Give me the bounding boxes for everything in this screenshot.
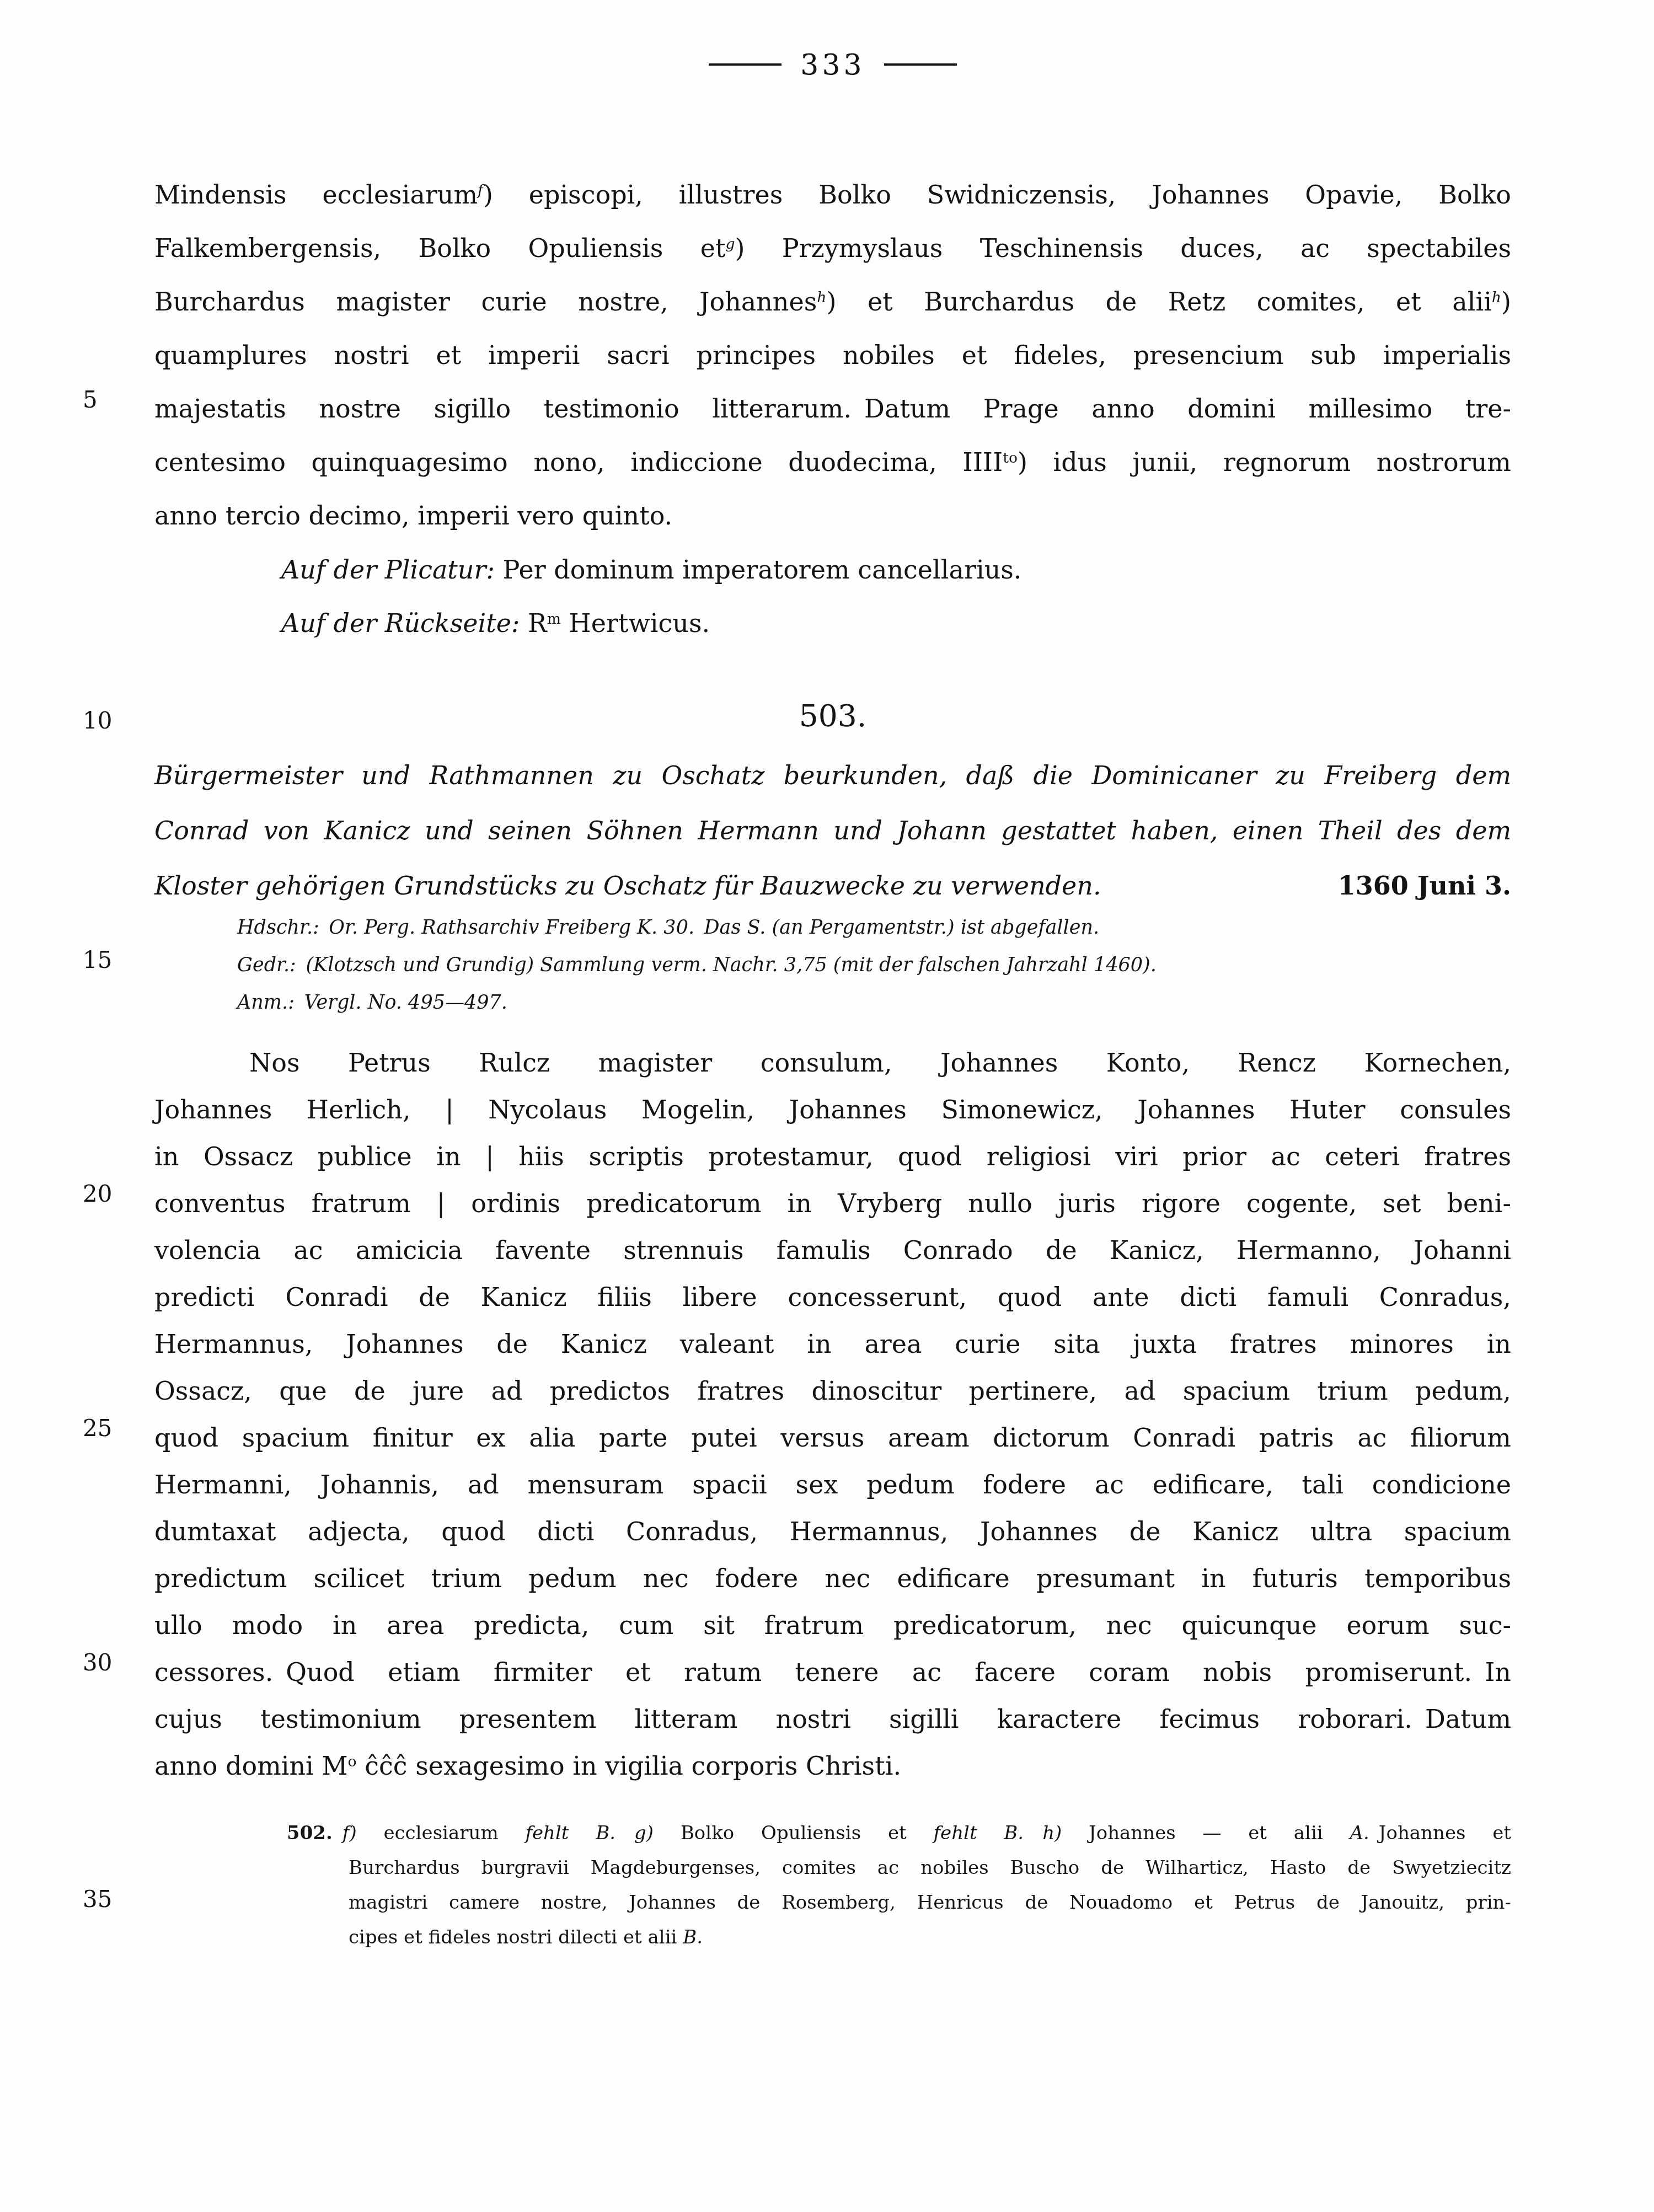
source-line-anm: Anm.: Vergl. No. 495—497. xyxy=(237,984,1511,1021)
rueckseite-text: Rm Hertwicus. xyxy=(528,608,710,638)
scanned-book-page: 333 5 10 15 20 25 30 35 Mindensis eccles… xyxy=(0,0,1654,2212)
margin-line-number-20: 20 xyxy=(83,1180,138,1207)
plicatur-text: Per dominum imperatorem cancellarius. xyxy=(503,555,1022,585)
page-number-rule-left xyxy=(709,63,781,66)
page-number: 333 xyxy=(800,49,865,82)
charter-502-text: Mindensis ecclesiarumf) episcopi, illust… xyxy=(154,168,1511,543)
plicatur-label: Auf der Plicatur: xyxy=(281,555,495,585)
text-line: cessores. Quod etiam firmiter et ratum t… xyxy=(154,1649,1511,1696)
charter-503-text: Nos Petrus Rulcz magister consulum, Joha… xyxy=(154,1040,1511,1790)
page-header: 333 xyxy=(154,49,1511,82)
text-line: Ossacz, que de jure ad predictos fratres… xyxy=(154,1368,1511,1415)
text-line: predictum scilicet trium pedum nec foder… xyxy=(154,1555,1511,1602)
source-line-gedr: Gedr.: (Klotzsch und Grundig) Sammlung v… xyxy=(237,946,1511,984)
text-line: Falkembergensis, Bolko Opuliensis etg) P… xyxy=(154,222,1511,275)
text-line: predicti Conradi de Kanicz filiis libere… xyxy=(154,1274,1511,1321)
text-line: conventus fratrum | ordinis predicatorum… xyxy=(154,1180,1511,1227)
text-line: Nos Petrus Rulcz magister consulum, Joha… xyxy=(154,1040,1511,1086)
footnote-line: Burchardus burgravii Magdeburgenses, com… xyxy=(287,1851,1511,1886)
regest-line: Bürgermeister und Rathmannen zu Oschatz … xyxy=(154,748,1511,803)
text-line: quamplures nostri et imperii sacri princ… xyxy=(154,329,1511,382)
source-line-hdschr: Hdschr.: Or. Perg. Rathsarchiv Freiberg … xyxy=(237,909,1511,946)
text-line: Hermannus, Johannes de Kanicz valeant in… xyxy=(154,1321,1511,1368)
text-line: in Ossacz publice in | hiis scriptis pro… xyxy=(154,1133,1511,1180)
regest-last-line: Kloster gehörigen Grundstücks zu Oschatz… xyxy=(154,858,1511,913)
text-line: Hermanni, Johannis, ad mensuram spacii s… xyxy=(154,1461,1511,1508)
endorsement-notes: Auf der Plicatur: Per dominum imperatore… xyxy=(281,543,1511,650)
margin-line-number-25: 25 xyxy=(83,1415,138,1442)
text-line: dumtaxat adjecta, quod dicti Conradus, H… xyxy=(154,1508,1511,1555)
regest-text: Kloster gehörigen Grundstücks zu Oschatz… xyxy=(154,858,1101,913)
text-line: ullo modo in area predicta, cum sit frat… xyxy=(154,1602,1511,1649)
margin-line-number-15: 15 xyxy=(83,946,138,973)
text-line: anno domini Mo ĉĉĉ sexagesimo in vigilia… xyxy=(154,1743,1511,1790)
margin-line-number-35: 35 xyxy=(83,1886,138,1913)
plicatur-note: Auf der Plicatur: Per dominum imperatore… xyxy=(281,543,1511,597)
text-line: volencia ac amicicia favente strennuis f… xyxy=(154,1227,1511,1274)
charter-503-regest: Bürgermeister und Rathmannen zu Oschatz … xyxy=(154,748,1511,913)
margin-line-number-30: 30 xyxy=(83,1649,138,1676)
footnotes: 502.f) ecclesiarum fehlt B. g) Bolko Opu… xyxy=(287,1816,1511,1955)
footnote-line: cipes et fideles nostri dilecti et alii … xyxy=(287,1920,1511,1955)
footnote-line: magistri camere nostre, Johannes de Rose… xyxy=(287,1886,1511,1920)
footnote-number: 502. xyxy=(287,1822,342,1844)
footnote-first-line: 502.f) ecclesiarum fehlt B. g) Bolko Opu… xyxy=(287,1816,1511,1851)
text-line: cujus testimonium presentem litteram nos… xyxy=(154,1696,1511,1743)
text-line: quod spacium finitur ex alia parte putei… xyxy=(154,1415,1511,1461)
rueckseite-note: Auf der Rückseite: Rm Hertwicus. xyxy=(281,597,1511,650)
margin-line-number-10: 10 xyxy=(83,707,138,734)
text-line: centesimo quinquagesimo nono, indiccione… xyxy=(154,436,1511,489)
footnote-text: f) ecclesiarum fehlt B. g) Bolko Opulien… xyxy=(342,1822,1511,1844)
rueckseite-label: Auf der Rückseite: xyxy=(281,608,520,638)
charter-date: 1360 Juni 3. xyxy=(1338,858,1511,913)
text-line: anno tercio decimo, imperii vero quinto. xyxy=(154,489,1511,543)
charter-503-heading: 503. xyxy=(154,698,1511,733)
text-line: majestatis nostre sigillo testimonio lit… xyxy=(154,382,1511,436)
text-line: Mindensis ecclesiarumf) episcopi, illust… xyxy=(154,168,1511,222)
source-references: Hdschr.: Or. Perg. Rathsarchiv Freiberg … xyxy=(237,909,1511,1021)
text-line: Johannes Herlich, | Nycolaus Mogelin, Jo… xyxy=(154,1086,1511,1133)
page-number-rule-right xyxy=(884,63,957,66)
text-line: Burchardus magister curie nostre, Johann… xyxy=(154,275,1511,329)
margin-line-number-5: 5 xyxy=(83,386,138,413)
regest-line: Conrad von Kanicz und seinen Söhnen Herm… xyxy=(154,803,1511,858)
